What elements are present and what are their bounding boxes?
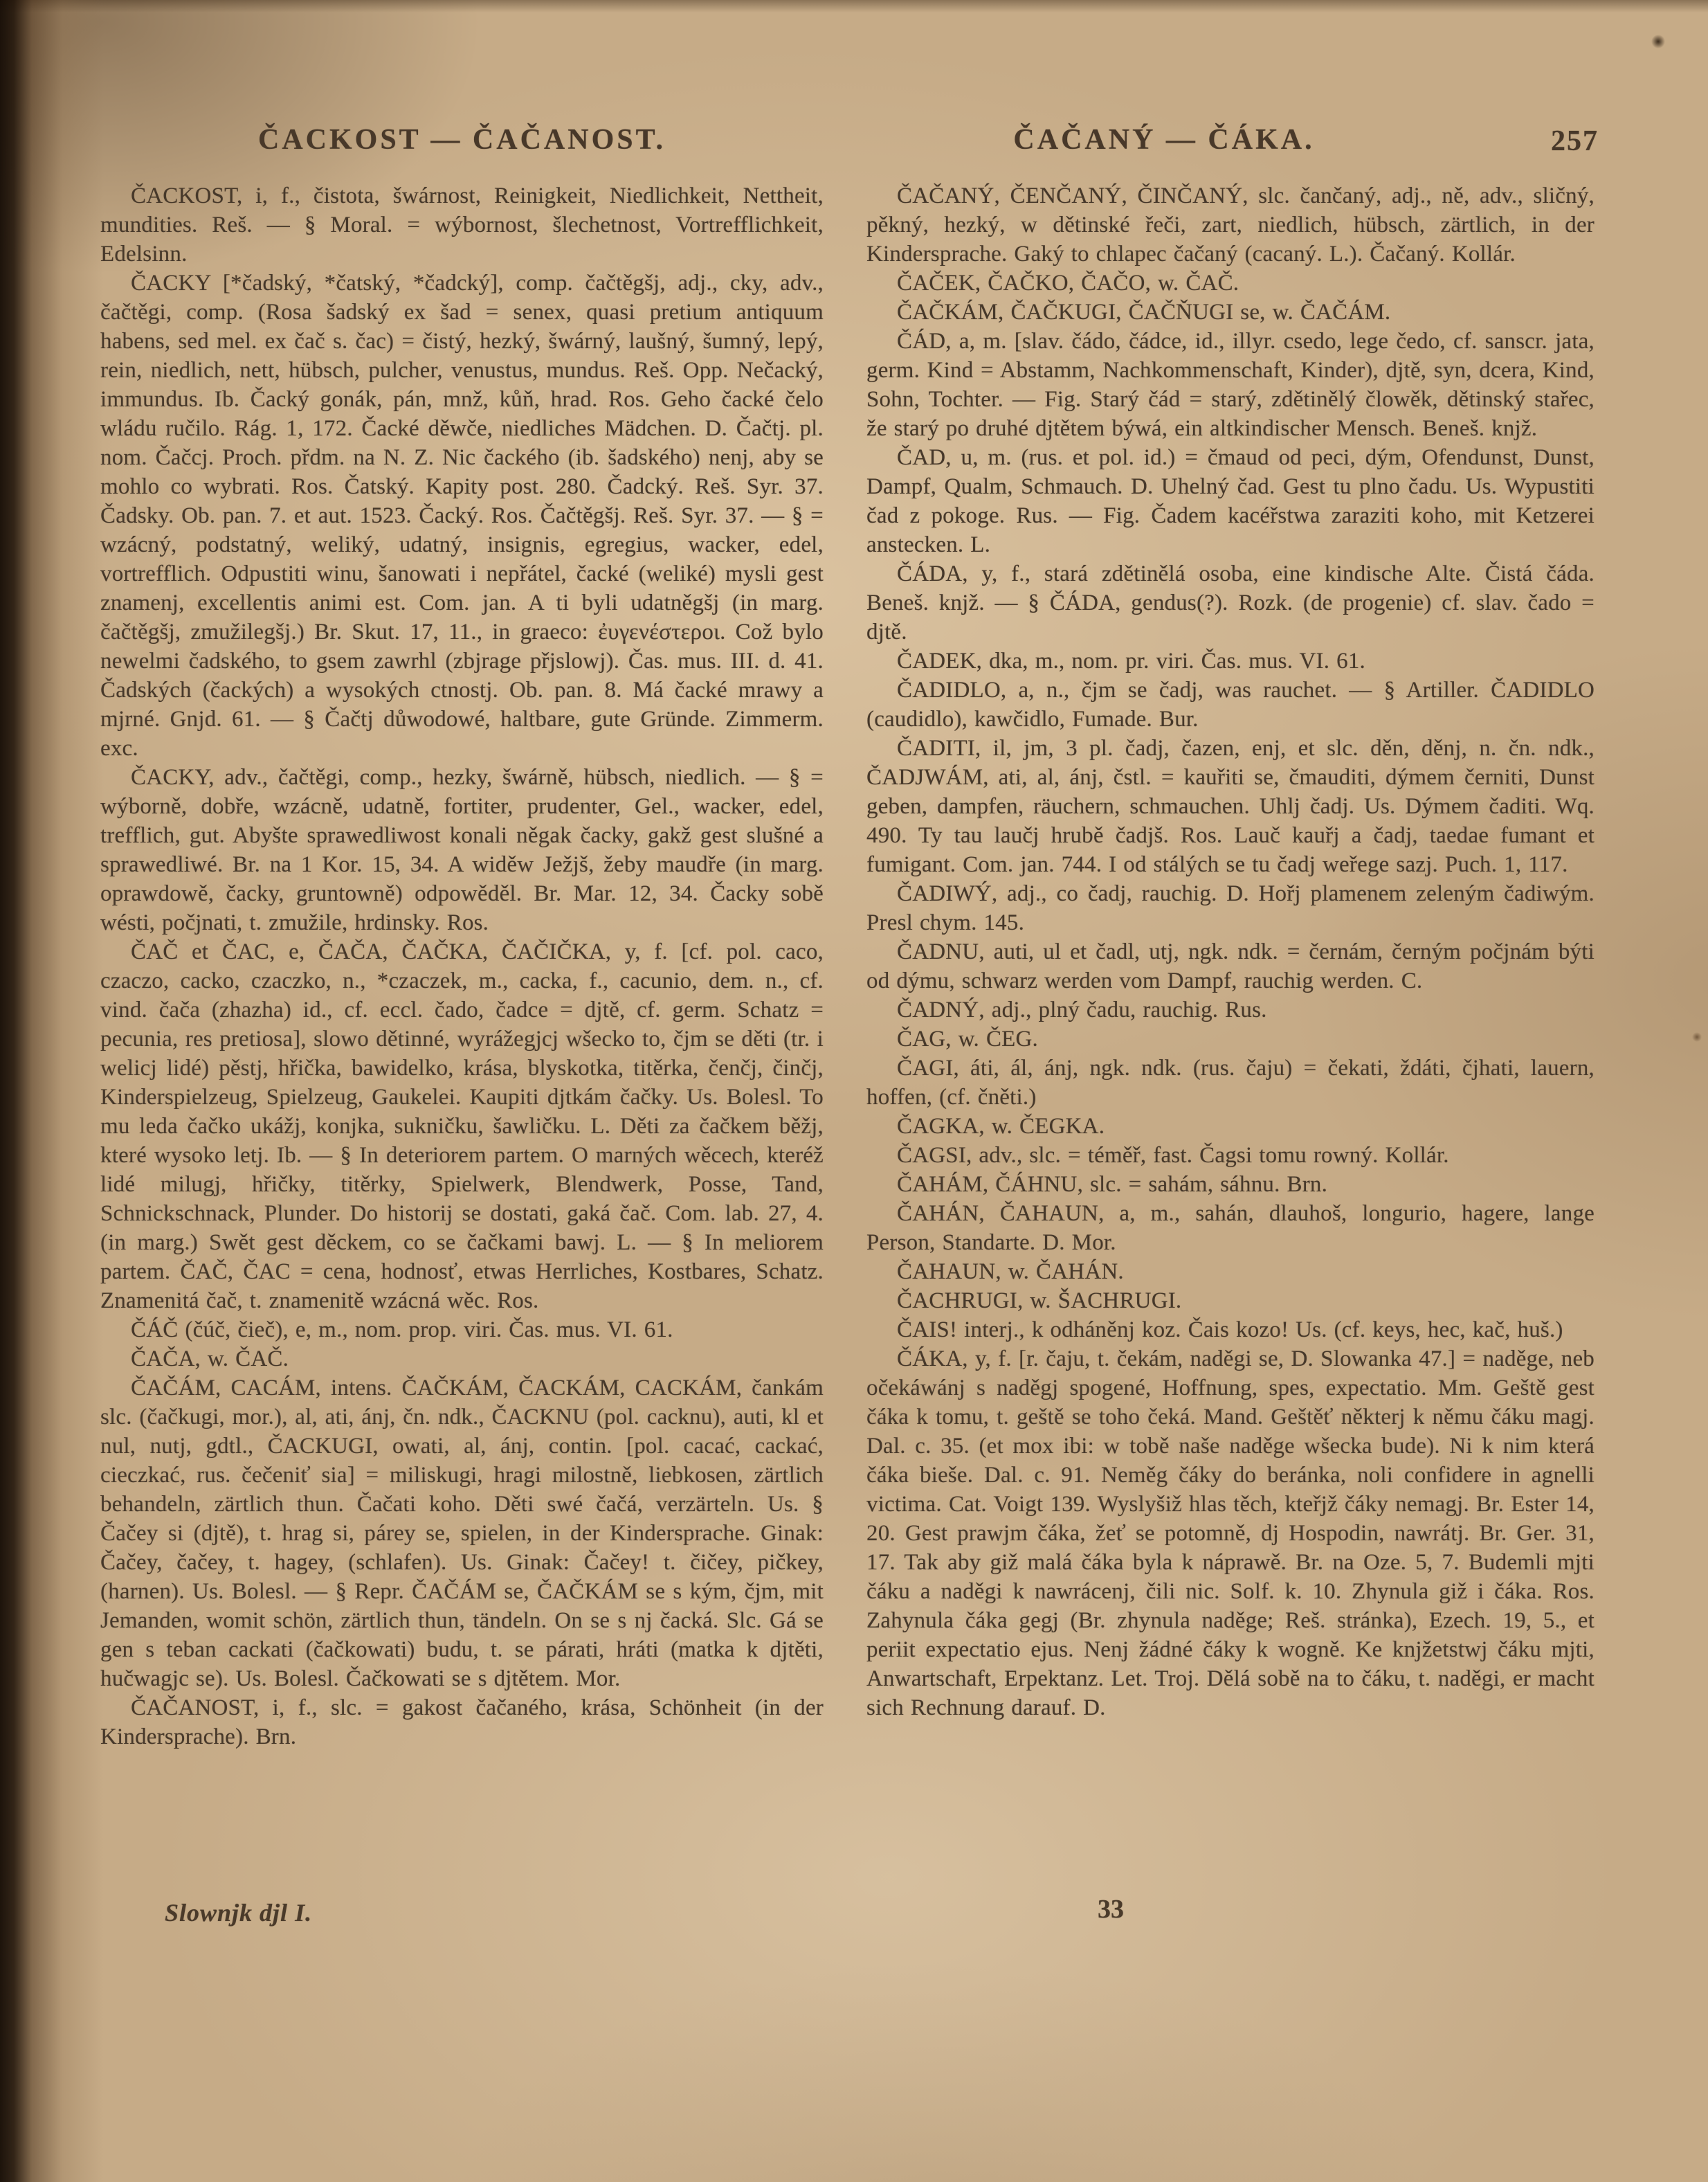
text-column-right: ČAČANÝ, ČENČANÝ, ČINČANÝ, slc. čančaný, … [866, 181, 1595, 1722]
dictionary-entry-cacam: ČAČÁM, CACÁM, intens. ČAČKÁM, ČACKÁM, CA… [100, 1373, 824, 1693]
dictionary-entry-caham: ČAHÁM, ČÁHNU, slc. = sahám, sáhnu. Brn. [866, 1170, 1595, 1199]
dictionary-entry-cahan: ČAHÁN, ČAHAUN, a, m., sahán, dlauhoš, lo… [866, 1199, 1595, 1257]
dictionary-entry-cag: ČAG, w. ČEG. [866, 1025, 1595, 1054]
dictionary-entry-cackost: ČACKOST, i, f., čistota, šwárnost, Reini… [100, 181, 824, 269]
dictionary-entry-cadiwy: ČADIWÝ, adj., co čadj, rauchig. D. Hořj … [866, 879, 1595, 937]
dictionary-entry-cahaun: ČAHAUN, w. ČAHÁN. [866, 1257, 1595, 1286]
dictionary-entry-caditi: ČADITI, il, jm, 3 pl. čadj, čazen, enj, … [866, 734, 1595, 879]
dictionary-entry-cagi: ČAGI, áti, ál, ánj, ngk. ndk. (rus. čaju… [866, 1054, 1595, 1112]
dictionary-entry-cad-a: ČÁD, a, m. [slav. čádo, čádce, id., illy… [866, 327, 1595, 443]
scanned-dictionary-page: { "page": { "left_header": "ČACKOST — ČA… [0, 0, 1708, 2182]
dictionary-entry-caca: ČAČA, w. ČAČ. [100, 1344, 824, 1373]
dictionary-entry-cadidlo: ČADIDLO, a, n., čjm se čadj, was rauchet… [866, 676, 1595, 734]
dictionary-entry-cacanost: ČAČANOST, i, f., slc. = gakost čačaného,… [100, 1693, 824, 1751]
dictionary-entry-cac: ČAČ et ČAC, e, ČAČA, ČAČKA, ČAČIČKA, y, … [100, 937, 824, 1315]
dictionary-entry-cagsi: ČAGSI, adv., slc. = téměř, fast. Čagsi t… [866, 1141, 1595, 1170]
dictionary-entry-cackam: ČAČKÁM, ČAČKUGI, ČAČŇUGI se, w. ČAČÁM. [866, 298, 1595, 327]
dictionary-entry-caka: ČÁKA, y, f. [r. čaju, t. čekám, naděgi s… [866, 1344, 1595, 1722]
dictionary-entry-cacky-adj: ČACKY [*čadský, *čatský, *čadcký], comp.… [100, 269, 824, 763]
dictionary-entry-cagka: ČAGKA, w. ČEGKA. [866, 1112, 1595, 1141]
dictionary-entry-cad-u: ČAD, u, m. (rus. et pol. id.) = čmaud od… [866, 443, 1595, 559]
dictionary-entry-cada: ČÁDA, y, f., stará zdětinělá osoba, eine… [866, 559, 1595, 647]
page-number: 257 [1439, 125, 1599, 158]
dictionary-entry-cais: ČAIS! interj., k odháněnj koz. Čais kozo… [866, 1315, 1595, 1344]
dictionary-entry-cac-proper: ČÁČ (čúč, čieč), e, m., nom. prop. viri.… [100, 1315, 824, 1344]
running-header-right: ČAČANÝ — ČÁKA. [866, 123, 1462, 159]
dictionary-entry-cadek: ČADEK, dka, m., nom. pr. viri. Čas. mus.… [866, 647, 1595, 676]
running-header-left: ČACKOST — ČAČANOST. [100, 123, 824, 159]
dictionary-entry-cacky-adv: ČACKY, adv., čačtěgi, comp., hezky, šwár… [100, 763, 824, 937]
dictionary-entry-cacek: ČAČEK, ČAČKO, ČAČO, w. ČAČ. [866, 269, 1595, 298]
footer-volume-label: Slownjk djl I. [165, 1898, 312, 1927]
text-column-left: ČACKOST, i, f., čistota, šwárnost, Reini… [100, 181, 824, 1751]
dictionary-entry-cachrugi: ČACHRUGI, w. ŠACHRUGI. [866, 1286, 1595, 1315]
footer-sheet-signature: 33 [1080, 1894, 1142, 1924]
dictionary-entry-cadnu: ČADNU, auti, ul et čadl, utj, ngk. ndk. … [866, 937, 1595, 995]
dictionary-entry-cacany: ČAČANÝ, ČENČANÝ, ČINČANÝ, slc. čančaný, … [866, 181, 1595, 269]
dictionary-entry-cadny: ČADNÝ, adj., plný čadu, rauchig. Rus. [866, 995, 1595, 1025]
